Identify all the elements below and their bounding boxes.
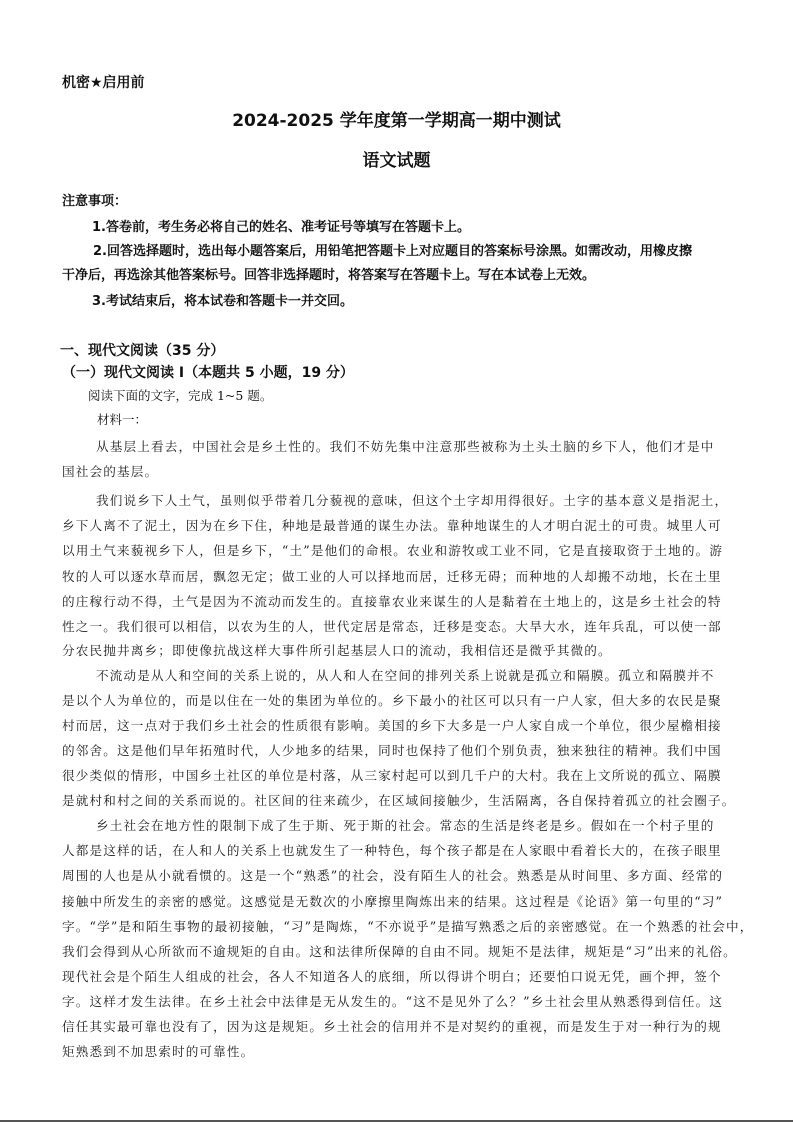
passage-line: 性之一。我们很可以相信，以农为生的人，世代定居是常态，迁移是变态。大旱大水，连年… [62,616,722,635]
passage-line: 牧的人可以逐水草而居，飘忽无定；做工业的人可以择地而居，迁移无碍；而种地的人却搬… [62,566,722,585]
passage-line: 村而居，这一点对于我们乡土社会的性质很有影响。美国的乡下大多是一户人家自成一个单… [62,715,722,734]
passage-line: 是以个人为单位的，而是以住在一处的集团为单位的。乡下最小的社区可以只有一户人家，… [62,690,722,709]
passage-line: 字。“学”是和陌生事物的最初接触，“习”是陶炼，“不亦说乎”是描写熟悉之后的亲密… [62,916,754,935]
exam-title: 2024-2025 学年度第一学期高一期中测试 [0,106,793,131]
notice-item-2: 2.回答选择题时，选出每小题答案后，用铅笔把答题卡上对应题目的答案标号涂黑。如需… [93,240,692,259]
passage-line: 信任其实最可靠也没有了，因为这是规矩。乡土社会的信用并不是对契约的重视，而是发生… [62,1016,722,1035]
subject-title: 语文试题 [0,146,793,171]
passage-line: 周围的人也是从小就看惯的。这是一个“熟悉”的社会，没有陌生人的社会。熟悉是从时间… [62,865,723,884]
exam-page: 机密★启用前 2024-2025 学年度第一学期高一期中测试 语文试题 注意事项… [0,0,793,1122]
passage-line: 我们会得到从心所欲而不逾规矩的自由。这和法律所保障的自由不同。规矩不是法律，规矩… [62,941,737,960]
passage-line: 接触中所发生的亲密的感觉。这感觉是无数次的小摩擦里陶炼出来的结果。这过程是《论语… [62,891,723,910]
passage-line: 分农民抛井离乡；即使像抗战这样大事件所引起基层人口的流动，我相信还是微乎其微的。 [62,640,612,659]
passage-line: 我们说乡下人土气，虽则似乎带着几分藐视的意味，但这个土字却用得很好。土字的基本意… [96,490,728,509]
passage-line: 乡土社会在地方性的限制下成了生于斯、死于斯的社会。常态的生活是终老是乡。假如在一… [96,815,714,834]
passage-line: 很少类似的情形，中国乡土社区的单位是村落，从三家村起可以到几千户的大村。我在上文… [62,765,722,784]
passage-line: 的庄稼行动不得，土气是因为不流动而发生的。直接靠农业来谋生的人是黏着在土地上的，… [62,591,722,610]
passage-line: 国社会的基层。 [62,461,158,480]
notice-item-2-cont: 干净后，再选涂其他答案标号。回答非选择题时，将答案写在答题卡上。写在本试卷上无效… [62,264,595,283]
section-title: 一、现代文阅读（35 分） [60,340,224,360]
section-subtitle: （一）现代文阅读 I（本题共 5 小题，19 分） [62,362,354,382]
passage-line: 矩熟悉到不加思索时的可靠性。 [62,1041,254,1060]
passage-line: 人都是这样的话，在人和人的关系上也就发生了一种特色，每个孩子都是在人家眼中看着长… [62,840,722,859]
passage-line: 现代社会是个陌生人组成的社会，各人不知道各人的底细，所以得讲个明白；还要怕口说无… [62,966,722,985]
passage-line: 字。这样才发生法律。在乡土社会中法律是无从发生的。“这不是见外了么？”乡土社会里… [62,991,723,1010]
passage-line: 从基层上看去，中国社会是乡土性的。我们不妨先集中注意那些被称为土头土脑的乡下人，… [96,436,714,455]
passage-line: 以用土气来藐视乡下人，但是乡下，“土”是他们的命根。农业和游牧或工业不同，它是直… [62,540,723,559]
material-label: 材料一： [97,410,147,428]
notice-item-3: 3.考试结束后，将本试卷和答题卡一并交回。 [92,290,353,309]
passage-line: 乡下人离不了泥土，因为在乡下住，种地是最普通的谋生办法。靠种地谋生的人才明白泥土… [62,515,722,534]
section-instruction: 阅读下面的文字，完成 1~5 题。 [88,386,272,404]
notice-item-1: 1.答卷前，考生务必将自己的姓名、准考证号等填写在答题卡上。 [92,216,470,235]
passage-line: 的邻舍。这是他们早年拓殖时代，人少地多的结果，同时也保持了他们个别负责，独来独往… [62,740,722,759]
passage-line: 不流动是从人和空间的关系上说的，从人和人在空间的排列关系上说就是孤立和隔膜。孤立… [96,665,714,684]
passage-line: 是就村和村之间的关系而说的。社区间的往来疏少，在区域间接触少，生活隔离，各自保持… [62,790,735,809]
notice-heading: 注意事项： [62,190,127,209]
confidential-label: 机密★启用前 [62,72,145,92]
